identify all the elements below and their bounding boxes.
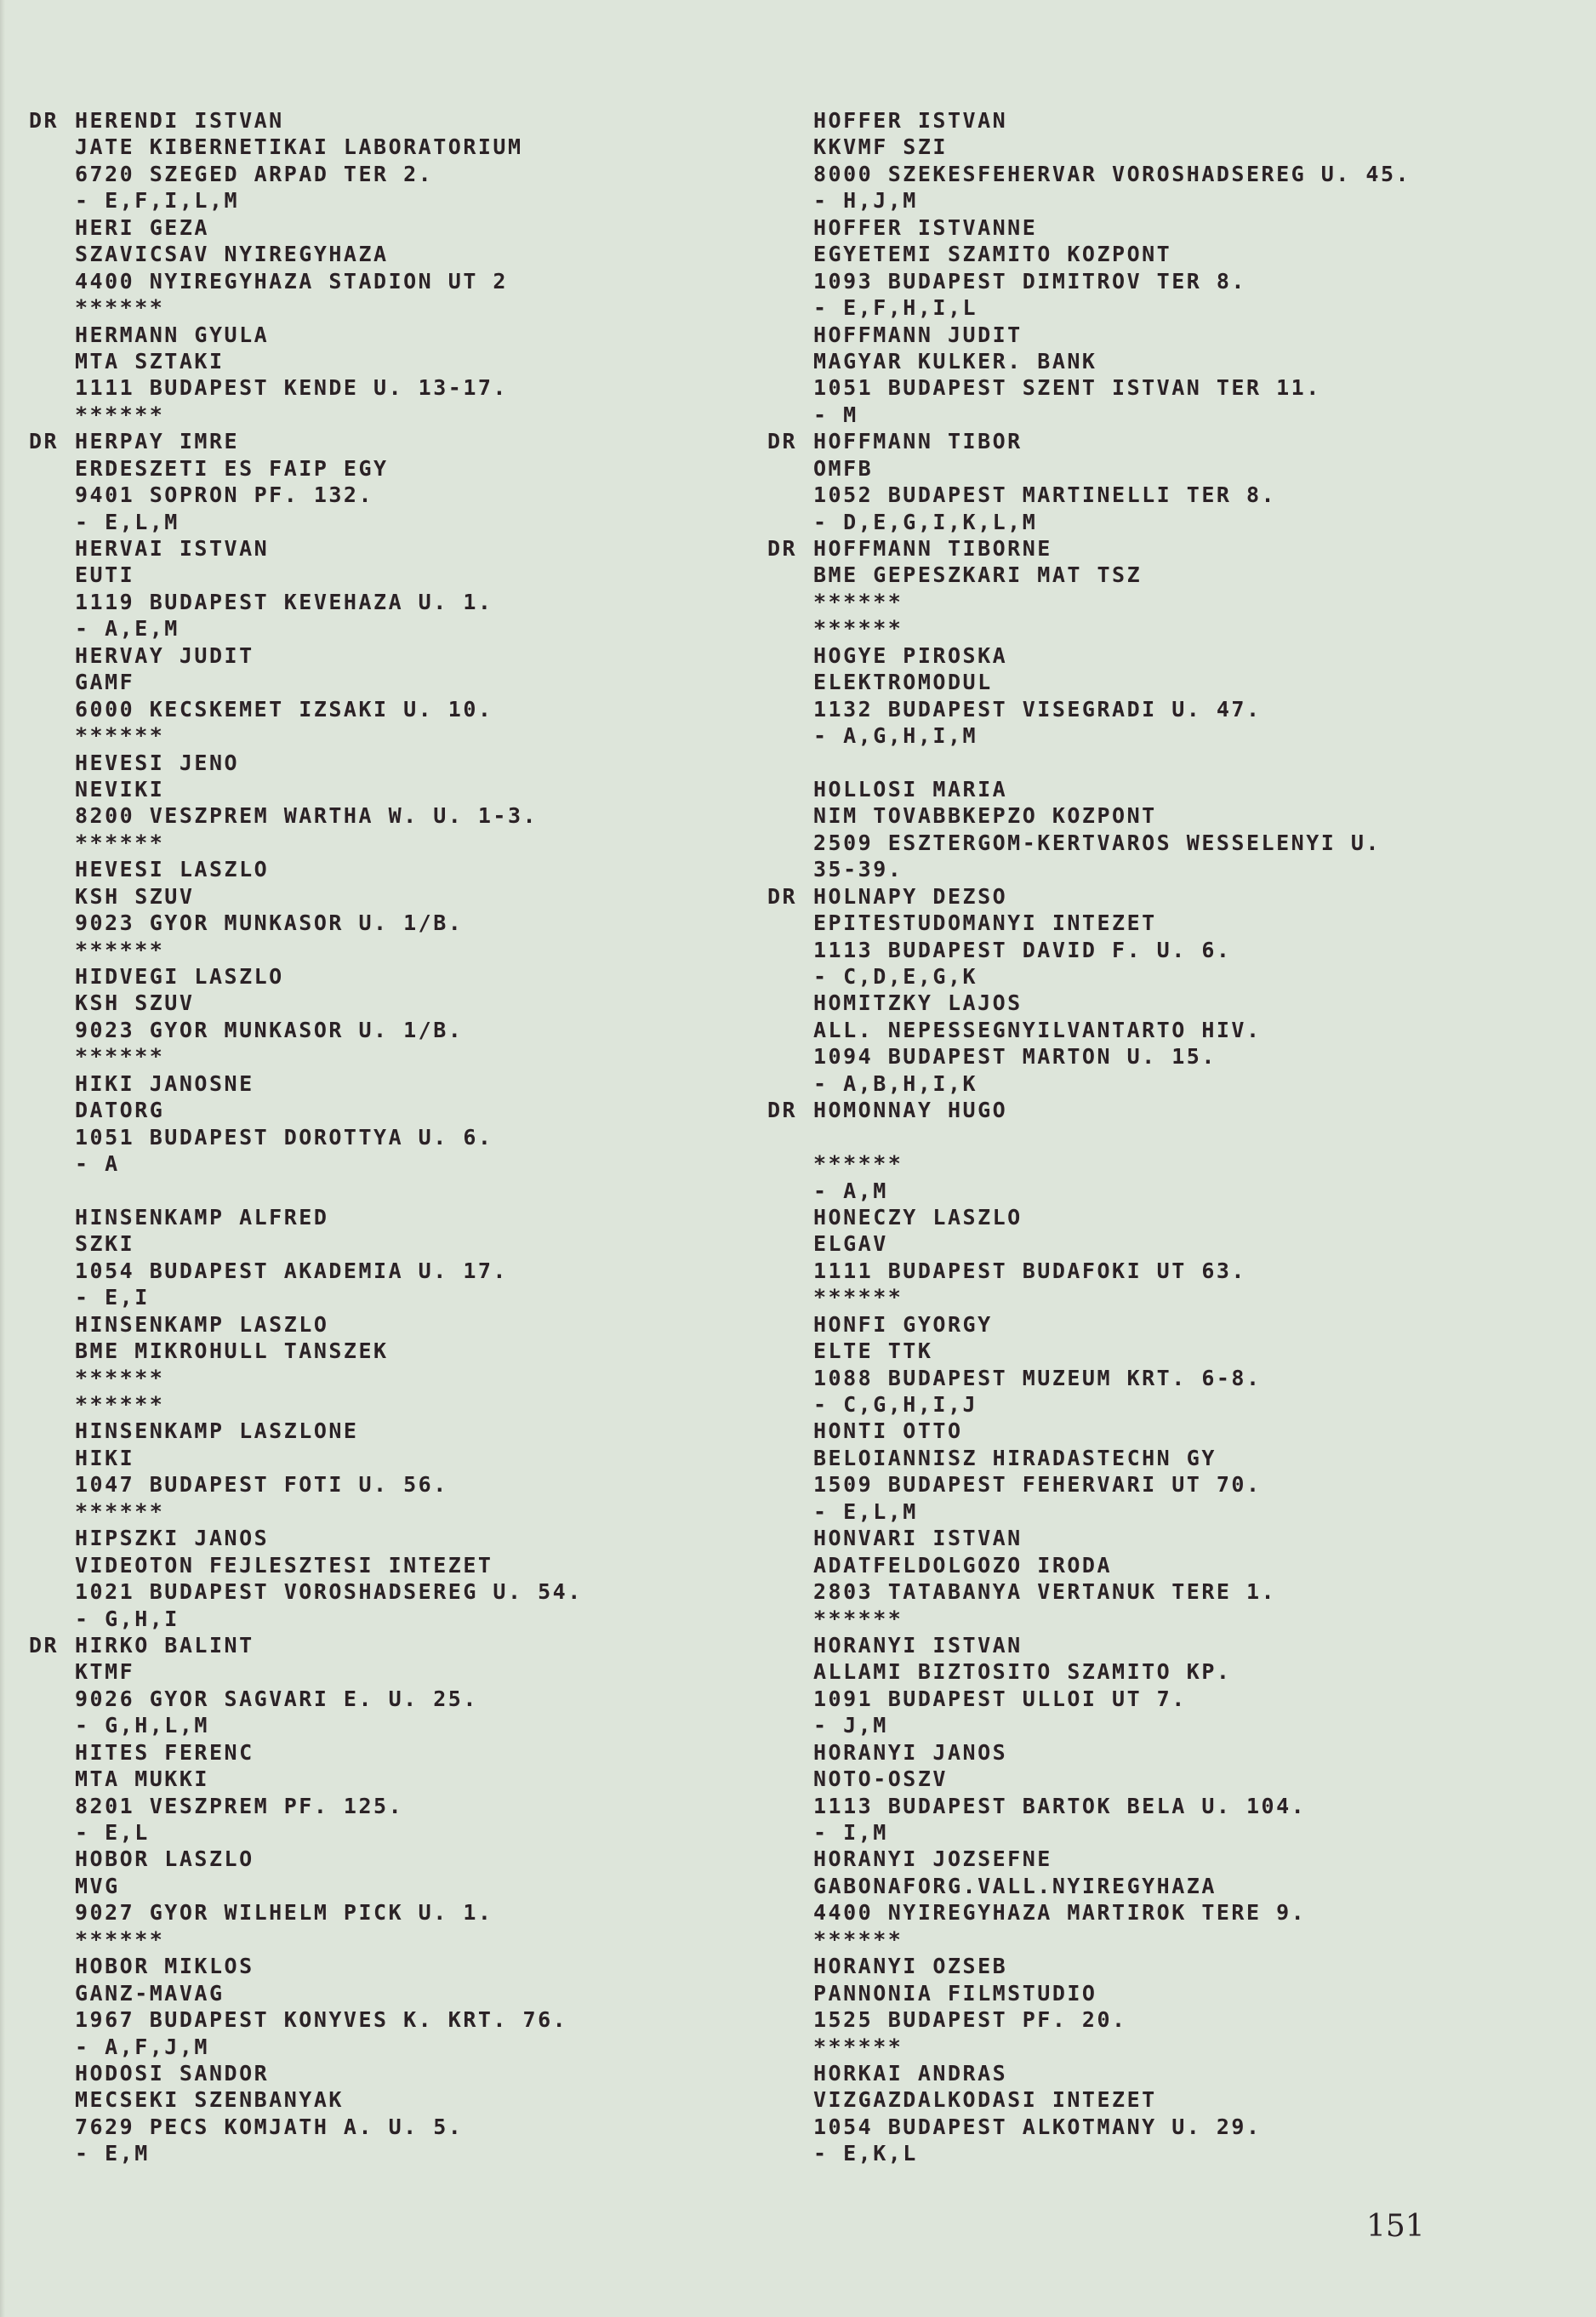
line-text: 8000 SZEKESFEHERVAR VOROSHADSEREG U. 45. [813,161,1411,187]
line-text: 4400 NYIREGYHAZA STADION UT 2 [75,268,508,294]
directory-line: DRHOFFMANN TIBORNE [767,535,1533,562]
line-text: - E,M [75,2140,150,2166]
line-text: OMFB [813,455,873,482]
line-text: - D,E,G,I,K,L,M [813,509,1037,535]
directory-line: HORANYI JANOS [767,1739,1533,1766]
directory-line: KKVMF SZI [767,134,1533,160]
directory-line: 1052 BUDAPEST MARTINELLI TER 8. [767,482,1533,508]
line-text: 1054 BUDAPEST ALKOTMANY U. 29. [813,2114,1262,2140]
line-text: HERVAI ISTVAN [75,535,269,562]
directory-line: HITES FERENC [29,1739,735,1766]
line-text: BME GEPESZKARI MAT TSZ [813,562,1142,588]
directory-line: VIZGAZDALKODASI INTEZET [767,2086,1533,2113]
line-text: HINSENKAMP LASZLONE [75,1418,358,1444]
line-text: ****** [75,1391,164,1418]
left-column: DRHERENDI ISTVANJATE KIBERNETIKAI LABORA… [29,107,735,2167]
line-text: - A,F,J,M [75,2034,209,2060]
directory-line: 1132 BUDAPEST VISEGRADI U. 47. [767,696,1533,722]
directory-line: DATORG [29,1097,735,1123]
directory-line: DRHOFFMANN TIBOR [767,428,1533,454]
directory-line: 4400 NYIREGYHAZA STADION UT 2 [29,268,735,294]
directory-line: ****** [29,1926,735,1953]
line-text: KSH SZUV [75,883,194,910]
directory-line: BME GEPESZKARI MAT TSZ [767,562,1533,588]
directory-line: HEVESI LASZLO [29,856,735,882]
line-text: GAMF [75,669,134,695]
line-text: ****** [75,937,164,963]
line-text: 1113 BUDAPEST DAVID F. U. 6. [813,937,1231,963]
directory-line: 1054 BUDAPEST AKADEMIA U. 17. [29,1258,735,1284]
directory-line: - A,M [767,1178,1533,1204]
directory-line: ELEKTROMODUL [767,669,1533,695]
directory-line: 9026 GYOR SAGVARI E. U. 25. [29,1686,735,1712]
line-text: BME MIKROHULL TANSZEK [75,1338,389,1364]
directory-line: ALL. NEPESSEGNYILVANTARTO HIV. [767,1017,1533,1043]
line-text: - H,J,M [813,187,918,214]
directory-line: HOFFER ISTVANNE [767,214,1533,241]
directory-line: 1047 BUDAPEST FOTI U. 56. [29,1471,735,1498]
line-text: - A,G,H,I,M [813,722,978,749]
directory-line: KSH SZUV [29,883,735,910]
directory-line: - E,F,I,L,M [29,187,735,214]
line-text: JATE KIBERNETIKAI LABORATORIUM [75,134,523,160]
line-text: VIZGAZDALKODASI INTEZET [813,2086,1157,2113]
line-text: ****** [813,1606,903,1632]
directory-line: 1967 BUDAPEST KONYVES K. KRT. 76. [29,2006,735,2033]
line-text: 1113 BUDAPEST BARTOK BELA U. 104. [813,1793,1306,1819]
directory-line: - A [29,1150,735,1177]
line-text: 9026 GYOR SAGVARI E. U. 25. [75,1686,478,1712]
line-text: 1967 BUDAPEST KONYVES K. KRT. 76. [75,2006,567,2033]
directory-line: HINSENKAMP LASZLO [29,1311,735,1338]
directory-line: 1021 BUDAPEST VOROSHADSEREG U. 54. [29,1578,735,1605]
line-text: - A,B,H,I,K [813,1070,978,1097]
directory-line: HORANYI OZSEB [767,1953,1533,1979]
line-text: HIDVEGI LASZLO [75,963,284,990]
directory-line: ****** [767,589,1533,615]
line-text: HORKAI ANDRAS [813,2060,1007,2086]
directory-line: SZAVICSAV NYIREGYHAZA [29,241,735,267]
directory-line: ****** [29,1498,735,1525]
directory-line: NIM TOVABBKEPZO KOZPONT [767,802,1533,829]
directory-line: EUTI [29,562,735,588]
directory-line: ****** [29,402,735,428]
line-text: 1525 BUDAPEST PF. 20. [813,2006,1127,2033]
directory-line: 1111 BUDAPEST BUDAFOKI UT 63. [767,1258,1533,1284]
directory-line: ****** [767,615,1533,642]
line-text: MTA SZTAKI [75,348,225,374]
directory-line: - D,E,G,I,K,L,M [767,509,1533,535]
line-text: 6720 SZEGED ARPAD TER 2. [75,161,433,187]
directory-line: 6000 KECSKEMET IZSAKI U. 10. [29,696,735,722]
line-text: KSH SZUV [75,990,194,1016]
line-text: MAGYAR KULKER. BANK [813,348,1097,374]
line-text: - E,L [75,1819,150,1846]
line-text: HOFFMANN TIBOR [813,428,1023,454]
directory-line: 1094 BUDAPEST MARTON U. 15. [767,1043,1533,1070]
directory-line: - E,L,M [29,509,735,535]
title-prefix: DR [29,1632,75,1658]
line-text: ****** [75,1365,164,1391]
directory-line: HOFFER ISTVAN [767,107,1533,134]
line-text: HINSENKAMP ALFRED [75,1204,328,1230]
directory-line: ****** [29,1391,735,1418]
line-text: 8201 VESZPREM PF. 125. [75,1793,403,1819]
directory-line: - A,E,M [29,615,735,642]
directory-line: HONTI OTTO [767,1418,1533,1444]
directory-line: SZKI [29,1230,735,1257]
directory-line: MECSEKI SZENBANYAK [29,2086,735,2113]
line-text: HOFFMANN TIBORNE [813,535,1052,562]
line-text: ALLAMI BIZTOSITO SZAMITO KP. [813,1658,1231,1685]
title-prefix: DR [767,535,813,562]
line-text: - E,K,L [813,2140,918,2166]
line-text: 35-39. [813,856,903,882]
directory-line: HORANYI JOZSEFNE [767,1846,1533,1872]
directory-line: DRHERPAY IMRE [29,428,735,454]
line-text: - A,E,M [75,615,180,642]
directory-line: NEVIKI [29,776,735,802]
directory-line: GABONAFORG.VALL.NYIREGYHAZA [767,1873,1533,1899]
line-text: 1093 BUDAPEST DIMITROV TER 8. [813,268,1246,294]
directory-line: 1525 BUDAPEST PF. 20. [767,2006,1533,2033]
line-text: VIDEOTON FEJLESZTESI INTEZET [75,1552,493,1578]
directory-line: HINSENKAMP ALFRED [29,1204,735,1230]
directory-line: OMFB [767,455,1533,482]
directory-line: HERI GEZA [29,214,735,241]
line-text: SZKI [75,1230,134,1257]
directory-line: HORANYI ISTVAN [767,1632,1533,1658]
directory-line: ****** [29,830,735,856]
line-text: MTA MUKKI [75,1766,209,1792]
line-text: - E,F,I,L,M [75,187,239,214]
directory-line: DRHOMONNAY HUGO [767,1097,1533,1123]
line-text: 1051 BUDAPEST SZENT ISTVAN TER 11. [813,374,1321,401]
directory-line: KTMF [29,1658,735,1685]
directory-line: ADATFELDOLGOZO IRODA [767,1552,1533,1578]
line-text: GABONAFORG.VALL.NYIREGYHAZA [813,1873,1217,1899]
directory-line: HONFI GYORGY [767,1311,1533,1338]
line-text: 1091 BUDAPEST ULLOI UT 7. [813,1686,1187,1712]
line-text: HOLNAPY DEZSO [813,883,1007,910]
directory-line: MTA SZTAKI [29,348,735,374]
directory-line: 1113 BUDAPEST DAVID F. U. 6. [767,937,1533,963]
directory-line: HOMITZKY LAJOS [767,990,1533,1016]
directory-line: ****** [29,1043,735,1070]
line-text: HINSENKAMP LASZLO [75,1311,328,1338]
line-text: ****** [75,1498,164,1525]
directory-line: DRHIRKO BALINT [29,1632,735,1658]
line-text: NOTO-OSZV [813,1766,948,1792]
line-text: HOBOR MIKLOS [75,1953,254,1979]
line-text: ****** [75,1926,164,1953]
directory-line: 1051 BUDAPEST SZENT ISTVAN TER 11. [767,374,1533,401]
line-text: HERMANN GYULA [75,322,269,348]
title-prefix: DR [767,428,813,454]
directory-line: 2509 ESZTERGOM-KERTVAROS WESSELENYI U. [767,830,1533,856]
line-text: MVG [75,1873,120,1899]
line-text: 1054 BUDAPEST AKADEMIA U. 17. [75,1258,508,1284]
directory-line: ****** [767,1284,1533,1310]
directory-line: HORKAI ANDRAS [767,2060,1533,2086]
page-spine-edge [0,0,5,2317]
directory-line: 8200 VESZPREM WARTHA W. U. 1-3. [29,802,735,829]
directory-line: 1093 BUDAPEST DIMITROV TER 8. [767,268,1533,294]
directory-line: - A,F,J,M [29,2034,735,2060]
directory-line: HERVAI ISTVAN [29,535,735,562]
directory-line: - H,J,M [767,187,1533,214]
directory-line: 6720 SZEGED ARPAD TER 2. [29,161,735,187]
line-text: EPITESTUDOMANYI INTEZET [813,910,1157,936]
line-text: HERENDI ISTVAN [75,107,284,134]
line-text: GANZ-MAVAG [75,1980,225,2006]
line-text: ELGAV [813,1230,888,1257]
line-text: ****** [813,1926,903,1953]
line-text: ADATFELDOLGOZO IRODA [813,1552,1112,1578]
directory-line: ****** [29,722,735,749]
directory-line: - E,K,L [767,2140,1533,2166]
line-text: KTMF [75,1658,134,1685]
directory-line: NOTO-OSZV [767,1766,1533,1792]
line-text: ****** [75,294,164,321]
line-text: HITES FERENC [75,1739,254,1766]
directory-line: BELOIANNISZ HIRADASTECHN GY [767,1445,1533,1471]
directory-line: 1111 BUDAPEST KENDE U. 13-17. [29,374,735,401]
directory-line: - A,G,H,I,M [767,722,1533,749]
line-text: HOBOR LASZLO [75,1846,254,1872]
directory-line: HIPSZKI JANOS [29,1525,735,1551]
line-text: 2509 ESZTERGOM-KERTVAROS WESSELENYI U. [813,830,1381,856]
line-text: HODOSI SANDOR [75,2060,269,2086]
line-text: HONFI GYORGY [813,1311,993,1338]
line-text: HEVESI LASZLO [75,856,269,882]
directory-line: DRHOLNAPY DEZSO [767,883,1533,910]
directory-line: ****** [29,294,735,321]
line-text: DATORG [75,1097,164,1123]
directory-line: 9401 SOPRON PF. 132. [29,482,735,508]
directory-line: - C,G,H,I,J [767,1391,1533,1418]
directory-line: 2803 TATABANYA VERTANUK TERE 1. [767,1578,1533,1605]
directory-line: HINSENKAMP LASZLONE [29,1418,735,1444]
line-text: HOFFER ISTVAN [813,107,1007,134]
directory-line: 1113 BUDAPEST BARTOK BELA U. 104. [767,1793,1533,1819]
line-text: 1119 BUDAPEST KEVEHAZA U. 1. [75,589,493,615]
directory-line: JATE KIBERNETIKAI LABORATORIUM [29,134,735,160]
line-text: 4400 NYIREGYHAZA MARTIROK TERE 9. [813,1899,1306,1926]
line-text: - J,M [813,1712,888,1738]
line-text: HORANYI JOZSEFNE [813,1846,1052,1872]
line-text: - E,L,M [813,1498,918,1525]
directory-line: BME MIKROHULL TANSZEK [29,1338,735,1364]
line-text: HORANYI OZSEB [813,1953,1007,1979]
title-prefix: DR [29,107,75,134]
line-text: MECSEKI SZENBANYAK [75,2086,344,2113]
line-text: 7629 PECS KOMJATH A. U. 5. [75,2114,463,2140]
line-text: 9027 GYOR WILHELM PICK U. 1. [75,1899,493,1926]
right-column: HOFFER ISTVANKKVMF SZI8000 SZEKESFEHERVA… [767,107,1533,2167]
directory-line: ****** [767,2034,1533,2060]
line-text: EGYETEMI SZAMITO KOZPONT [813,241,1171,267]
directory-line: ****** [29,937,735,963]
directory-line: ****** [767,1926,1533,1953]
directory-line: HOBOR MIKLOS [29,1953,735,1979]
line-text: HOFFMANN JUDIT [813,322,1023,348]
title-prefix: DR [767,883,813,910]
directory-line: 9027 GYOR WILHELM PICK U. 1. [29,1899,735,1926]
directory-line: HOLLOSI MARIA [767,776,1533,802]
line-text: ****** [813,589,903,615]
line-text: ****** [75,830,164,856]
line-text: HORANYI JANOS [813,1739,1007,1766]
directory-line [767,750,1533,776]
directory-line: 1509 BUDAPEST FEHERVARI UT 70. [767,1471,1533,1498]
line-text: 1052 BUDAPEST MARTINELLI TER 8. [813,482,1276,508]
directory-line: MAGYAR KULKER. BANK [767,348,1533,374]
directory-line: 1054 BUDAPEST ALKOTMANY U. 29. [767,2114,1533,2140]
page-number: 151 [1366,2209,1425,2244]
line-text: HIPSZKI JANOS [75,1525,269,1551]
line-text: ****** [813,615,903,642]
directory-line: ****** [767,1150,1533,1177]
directory-line: GANZ-MAVAG [29,1980,735,2006]
line-text: HOMITZKY LAJOS [813,990,1023,1016]
line-text: - E,F,H,I,L [813,294,978,321]
line-text: BELOIANNISZ HIRADASTECHN GY [813,1445,1217,1471]
directory-line: HERMANN GYULA [29,322,735,348]
directory-line: 1119 BUDAPEST KEVEHAZA U. 1. [29,589,735,615]
line-text: HERPAY IMRE [75,428,239,454]
line-text: - I,M [813,1819,888,1846]
line-text: HOFFER ISTVANNE [813,214,1037,241]
directory-line: DRHERENDI ISTVAN [29,107,735,134]
line-text: 1051 BUDAPEST DOROTTYA U. 6. [75,1124,493,1150]
line-text: 1111 BUDAPEST BUDAFOKI UT 63. [813,1258,1246,1284]
directory-line: - E,L,M [767,1498,1533,1525]
directory-line: HIKI JANOSNE [29,1070,735,1097]
line-text: NEVIKI [75,776,164,802]
directory-line: 1088 BUDAPEST MUZEUM KRT. 6-8. [767,1365,1533,1391]
line-text: 1021 BUDAPEST VOROSHADSEREG U. 54. [75,1578,583,1605]
directory-line: 9023 GYOR MUNKASOR U. 1/B. [29,1017,735,1043]
line-text: ELTE TTK [813,1338,932,1364]
line-text: ****** [813,2034,903,2060]
directory-line: ALLAMI BIZTOSITO SZAMITO KP. [767,1658,1533,1685]
directory-line: - A,B,H,I,K [767,1070,1533,1097]
directory-line [767,1124,1533,1150]
directory-line: - G,H,I [29,1606,735,1632]
directory-line: HOFFMANN JUDIT [767,322,1533,348]
line-text: HIKI JANOSNE [75,1070,254,1097]
line-text: KKVMF SZI [813,134,948,160]
directory-line: EPITESTUDOMANYI INTEZET [767,910,1533,936]
line-text: 1509 BUDAPEST FEHERVARI UT 70. [813,1471,1262,1498]
directory-line: 9023 GYOR MUNKASOR U. 1/B. [29,910,735,936]
directory-line: ERDESZETI ES FAIP EGY [29,455,735,482]
line-text: 9401 SOPRON PF. 132. [75,482,373,508]
directory-line: ****** [767,1606,1533,1632]
directory-line: - E,F,H,I,L [767,294,1533,321]
directory-line [29,1178,735,1204]
line-text: HORANYI ISTVAN [813,1632,1023,1658]
title-prefix: DR [29,428,75,454]
line-text: 2803 TATABANYA VERTANUK TERE 1. [813,1578,1276,1605]
directory-line: 8201 VESZPREM PF. 125. [29,1793,735,1819]
line-text: 1132 BUDAPEST VISEGRADI U. 47. [813,696,1262,722]
line-text: - M [813,402,858,428]
line-text: 1111 BUDAPEST KENDE U. 13-17. [75,374,508,401]
line-text: HOMONNAY HUGO [813,1097,1007,1123]
directory-line: HONVARI ISTVAN [767,1525,1533,1551]
line-text: 1094 BUDAPEST MARTON U. 15. [813,1043,1217,1070]
directory-line: - J,M [767,1712,1533,1738]
directory-line: ELGAV [767,1230,1533,1257]
directory-line: MTA MUKKI [29,1766,735,1792]
line-text: NIM TOVABBKEPZO KOZPONT [813,802,1157,829]
directory-line: PANNONIA FILMSTUDIO [767,1980,1533,2006]
line-text: 8200 VESZPREM WARTHA W. U. 1-3. [75,802,538,829]
directory-line: HIDVEGI LASZLO [29,963,735,990]
line-text: 1047 BUDAPEST FOTI U. 56. [75,1471,448,1498]
directory-line: HEVESI JENO [29,750,735,776]
directory-line: HIKI [29,1445,735,1471]
directory-line: - E,L [29,1819,735,1846]
directory-line: HOGYE PIROSKA [767,642,1533,669]
line-text: - G,H,I [75,1606,180,1632]
line-text: ELEKTROMODUL [813,669,993,695]
line-text: - A [75,1150,120,1177]
directory-line: EGYETEMI SZAMITO KOZPONT [767,241,1533,267]
directory-line: 1091 BUDAPEST ULLOI UT 7. [767,1686,1533,1712]
line-text: ****** [813,1284,903,1310]
line-text: - A,M [813,1178,888,1204]
directory-line: HONECZY LASZLO [767,1204,1533,1230]
directory-line: - I,M [767,1819,1533,1846]
line-text: ****** [75,1043,164,1070]
directory-line: - M [767,402,1533,428]
line-text: HIKI [75,1445,134,1471]
line-text: 9023 GYOR MUNKASOR U. 1/B. [75,1017,463,1043]
directory-line: HERVAY JUDIT [29,642,735,669]
line-text: SZAVICSAV NYIREGYHAZA [75,241,389,267]
directory-line: ****** [29,1365,735,1391]
line-text: - G,H,L,M [75,1712,209,1738]
line-text: - E,I [75,1284,150,1310]
directory-line: 4400 NYIREGYHAZA MARTIROK TERE 9. [767,1899,1533,1926]
line-text: HERI GEZA [75,214,209,241]
line-text: 9023 GYOR MUNKASOR U. 1/B. [75,910,463,936]
directory-line: HODOSI SANDOR [29,2060,735,2086]
line-text: PANNONIA FILMSTUDIO [813,1980,1097,2006]
line-text: 1088 BUDAPEST MUZEUM KRT. 6-8. [813,1365,1262,1391]
line-text: ****** [75,402,164,428]
line-text: HIRKO BALINT [75,1632,254,1658]
directory-line: - E,M [29,2140,735,2166]
directory-line: VIDEOTON FEJLESZTESI INTEZET [29,1552,735,1578]
directory-line: GAMF [29,669,735,695]
line-text: HERVAY JUDIT [75,642,254,669]
directory-line: 7629 PECS KOMJATH A. U. 5. [29,2114,735,2140]
line-text: HOGYE PIROSKA [813,642,1007,669]
line-text: HONECZY LASZLO [813,1204,1023,1230]
line-text: ALL. NEPESSEGNYILVANTARTO HIV. [813,1017,1262,1043]
line-text: HOLLOSI MARIA [813,776,1007,802]
directory-line: - C,D,E,G,K [767,963,1533,990]
line-text: 6000 KECSKEMET IZSAKI U. 10. [75,696,493,722]
line-text: ERDESZETI ES FAIP EGY [75,455,389,482]
directory-line: 35-39. [767,856,1533,882]
directory-line: - E,I [29,1284,735,1310]
directory-line: KSH SZUV [29,990,735,1016]
